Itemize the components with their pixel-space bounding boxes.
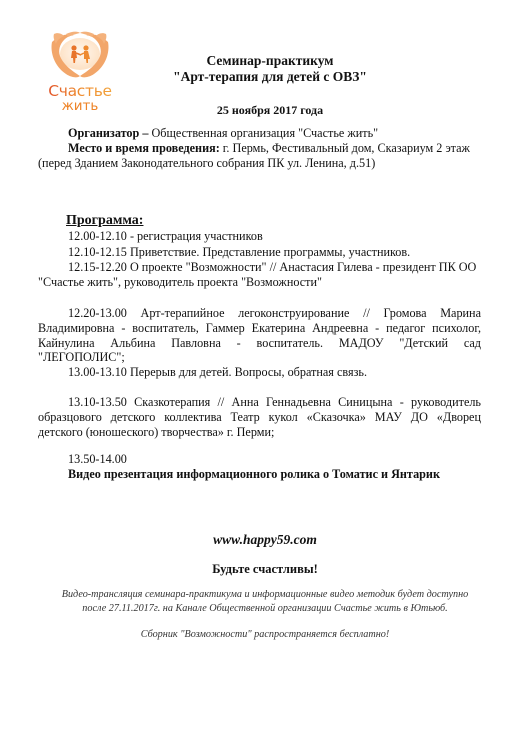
website-link[interactable]: www.happy59.com [30,532,500,548]
program-item-3-line1: 12.15-12.20 О проекте "Возможности" // А… [68,260,481,275]
video-note-line1: Видео-трансляция семинара-практикума и и… [30,588,500,602]
hands-children-icon [48,30,112,82]
slogan: Будьте счастливы! [30,562,500,577]
program-heading: Программа: [66,213,143,229]
venue-line-2: (перед Зданием Законодательного собрания… [38,156,481,171]
venue-line: Место и время проведения: г. Пермь, Фест… [68,141,481,156]
program-item-2: 12.10-12.15 Приветствие. Представление п… [68,245,483,260]
organizer-separator: – [139,126,151,140]
organizer-label: Организатор [68,126,139,140]
program-item-1: 12.00-12.10 - регистрация участников [68,229,483,244]
organizer-line: Организатор – Общественная организация "… [65,126,480,141]
venue-value: г. Пермь, Фестивальный дом, Сказариум 2 … [220,141,470,155]
program-item-7-title: Видео презентация информационного ролика… [68,467,483,482]
collection-note: Сборник "Возможности" распространяется б… [30,629,500,640]
program-item-7-time: 13.50-14.00 [68,452,483,467]
program-item-4-line4: "ЛЕГОПОЛИС"; [38,350,481,365]
program-item-4-line3: Кайнулина Альбина Павловна - воспитатель… [38,336,481,351]
organization-logo: Счастье жить [48,30,112,114]
video-note: Видео-трансляция семинара-практикума и и… [30,588,500,615]
program-item-6-line3: детского (юношеского) творчества» г. Пер… [38,425,481,440]
video-note-line2: после 27.11.2017г. на Канале Общественно… [30,602,500,616]
event-date: 25 ноября 2017 года [150,103,390,118]
document-title: Семинар-практикум [150,53,390,69]
program-item-6-line1: 13.10-13.50 Сказкотерапия // Анна Геннад… [68,395,481,410]
program-item-5: 13.00-13.10 Перерыв для детей. Вопросы, … [68,365,483,380]
program-item-4-line2: Владимировна - воспитатель, Гаммер Екате… [38,321,481,336]
document-subtitle: "Арт-терапия для детей с ОВЗ" [150,69,390,85]
venue-label: Место и время проведения: [68,141,220,155]
logo-text-line2: жить [48,98,112,114]
organizer-value: Общественная организация "Счастье жить" [152,126,379,140]
program-item-3-line2: "Счастье жить", руководитель проекта "Во… [38,275,481,290]
program-item-4-line1: 12.20-13.00 Арт-терапийное легоконструир… [68,306,481,321]
program-item-6-line2: образцового детского коллектива Театр ку… [38,410,481,425]
